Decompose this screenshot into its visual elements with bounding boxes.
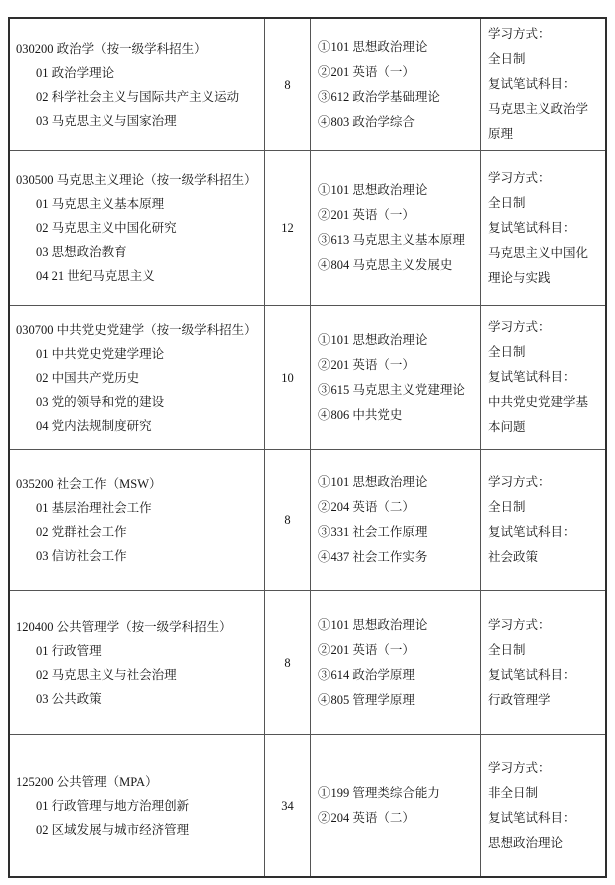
study-mode-line: 复试笔试科目：	[488, 365, 599, 390]
research-direction: 03 信访社会工作	[16, 544, 262, 568]
research-direction: 01 基层治理社会工作	[16, 496, 262, 520]
exam-subject: ①101 思想政治理论	[318, 470, 478, 495]
program-title: 030200 政治学（按一级学科招生）	[16, 37, 262, 61]
enrollment-count: 12	[281, 216, 294, 240]
study-mode-line: 全日制	[488, 191, 599, 216]
study-mode-line: 复试笔试科目：	[488, 216, 599, 241]
research-direction: 03 思想政治教育	[16, 240, 262, 264]
exam-subjects-cell: ①101 思想政治理论②201 英语（一）③614 政治学原理④805 管理学原…	[311, 591, 481, 734]
program-title: 035200 社会工作（MSW）	[16, 472, 262, 496]
study-mode-line: 中共党史党建学基本问题	[488, 390, 599, 440]
study-mode-cell: 学习方式：全日制复试笔试科目：马克思主义政治学原理	[481, 19, 605, 150]
exam-subject: ①101 思想政治理论	[318, 613, 478, 638]
program-title: 125200 公共管理（MPA）	[16, 770, 262, 794]
research-direction: 01 马克思主义基本原理	[16, 192, 262, 216]
study-mode-line: 学习方式：	[488, 315, 599, 340]
enrollment-cell: 12	[265, 151, 311, 305]
study-mode-line: 学习方式：	[488, 756, 599, 781]
exam-subjects-cell: ①199 管理类综合能力②204 英语（二）	[311, 735, 481, 876]
enrollment-count: 10	[281, 366, 294, 390]
exam-subject: ①101 思想政治理论	[318, 328, 478, 353]
study-mode-line: 马克思主义政治学原理	[488, 97, 599, 147]
study-mode-cell: 学习方式：全日制复试笔试科目：行政管理学	[481, 591, 605, 734]
exam-subject: ②201 英语（一）	[318, 203, 478, 228]
enrollment-cell: 8	[265, 591, 311, 734]
admissions-table: 030200 政治学（按一级学科招生） 01 政治学理论02 科学社会主义与国际…	[8, 17, 607, 878]
research-direction: 01 中共党史党建学理论	[16, 342, 262, 366]
exam-subject: ①101 思想政治理论	[318, 35, 478, 60]
exam-subjects-cell: ①101 思想政治理论②204 英语（二）③331 社会工作原理④437 社会工…	[311, 450, 481, 590]
study-mode-cell: 学习方式：非全日制复试笔试科目：思想政治理论	[481, 735, 605, 876]
exam-subject: ④803 政治学综合	[318, 110, 478, 135]
exam-subject: ①199 管理类综合能力	[318, 781, 478, 806]
study-mode-line: 学习方式：	[488, 22, 599, 47]
exam-subject: ③614 政治学原理	[318, 663, 478, 688]
table-row: 035200 社会工作（MSW） 01 基层治理社会工作02 党群社会工作03 …	[10, 450, 605, 591]
research-direction: 03 党的领导和党的建设	[16, 390, 262, 414]
study-mode-cell: 学习方式：全日制复试笔试科目：社会政策	[481, 450, 605, 590]
study-mode-line: 行政管理学	[488, 688, 599, 713]
enrollment-cell: 8	[265, 450, 311, 590]
enrollment-cell: 34	[265, 735, 311, 876]
exam-subject: ④806 中共党史	[318, 403, 478, 428]
exam-subject: ④437 社会工作实务	[318, 545, 478, 570]
research-directions: 01 基层治理社会工作02 党群社会工作03 信访社会工作	[16, 496, 262, 568]
exam-subject: ②201 英语（一）	[318, 60, 478, 85]
exam-subject: ②204 英语（二）	[318, 806, 478, 831]
page: 030200 政治学（按一级学科招生） 01 政治学理论02 科学社会主义与国际…	[0, 0, 615, 885]
research-direction: 04 党内法规制度研究	[16, 414, 262, 438]
study-mode-cell: 学习方式：全日制复试笔试科目：中共党史党建学基本问题	[481, 306, 605, 449]
study-mode-line: 复试笔试科目：	[488, 72, 599, 97]
study-mode-line: 社会政策	[488, 545, 599, 570]
enrollment-count: 34	[281, 794, 294, 818]
exam-subject: ③331 社会工作原理	[318, 520, 478, 545]
study-mode-line: 全日制	[488, 638, 599, 663]
research-direction: 02 区域发展与城市经济管理	[16, 818, 262, 842]
research-directions: 01 行政管理与地方治理创新02 区域发展与城市经济管理	[16, 794, 262, 842]
exam-subject: ③615 马克思主义党建理论	[318, 378, 478, 403]
exam-subject: ①101 思想政治理论	[318, 178, 478, 203]
study-mode-cell: 学习方式：全日制复试笔试科目：马克思主义中国化理论与实践	[481, 151, 605, 305]
program-cell: 030700 中共党史党建学（按一级学科招生） 01 中共党史党建学理论02 中…	[10, 306, 265, 449]
study-mode-line: 全日制	[488, 495, 599, 520]
exam-subject: ③613 马克思主义基本原理	[318, 228, 478, 253]
table-row: 125200 公共管理（MPA） 01 行政管理与地方治理创新02 区域发展与城…	[10, 735, 605, 876]
exam-subjects-cell: ①101 思想政治理论②201 英语（一）③615 马克思主义党建理论④806 …	[311, 306, 481, 449]
research-direction: 02 马克思主义中国化研究	[16, 216, 262, 240]
enrollment-cell: 10	[265, 306, 311, 449]
program-title: 120400 公共管理学（按一级学科招生）	[16, 615, 262, 639]
program-cell: 030200 政治学（按一级学科招生） 01 政治学理论02 科学社会主义与国际…	[10, 19, 265, 150]
study-mode-line: 复试笔试科目：	[488, 663, 599, 688]
program-cell: 030500 马克思主义理论（按一级学科招生） 01 马克思主义基本原理02 马…	[10, 151, 265, 305]
study-mode-line: 思想政治理论	[488, 831, 599, 856]
enrollment-count: 8	[284, 73, 290, 97]
exam-subject: ②204 英语（二）	[318, 495, 478, 520]
study-mode-line: 学习方式：	[488, 166, 599, 191]
exam-subject: ②201 英语（一）	[318, 638, 478, 663]
research-directions: 01 马克思主义基本原理02 马克思主义中国化研究03 思想政治教育04 21 …	[16, 192, 262, 288]
table-row: 030200 政治学（按一级学科招生） 01 政治学理论02 科学社会主义与国际…	[10, 19, 605, 151]
table-row: 030500 马克思主义理论（按一级学科招生） 01 马克思主义基本原理02 马…	[10, 151, 605, 306]
exam-subjects-cell: ①101 思想政治理论②201 英语（一）③613 马克思主义基本原理④804 …	[311, 151, 481, 305]
exam-subject: ④805 管理学原理	[318, 688, 478, 713]
program-cell: 125200 公共管理（MPA） 01 行政管理与地方治理创新02 区域发展与城…	[10, 735, 265, 876]
research-direction: 03 马克思主义与国家治理	[16, 109, 262, 133]
research-directions: 01 中共党史党建学理论02 中国共产党历史03 党的领导和党的建设04 党内法…	[16, 342, 262, 438]
exam-subjects-cell: ①101 思想政治理论②201 英语（一）③612 政治学基础理论④803 政治…	[311, 19, 481, 150]
research-direction: 02 马克思主义与社会治理	[16, 663, 262, 687]
research-direction: 02 党群社会工作	[16, 520, 262, 544]
research-direction: 01 政治学理论	[16, 61, 262, 85]
study-mode-line: 全日制	[488, 340, 599, 365]
program-cell: 120400 公共管理学（按一级学科招生） 01 行政管理02 马克思主义与社会…	[10, 591, 265, 734]
research-directions: 01 行政管理02 马克思主义与社会治理03 公共政策	[16, 639, 262, 711]
study-mode-line: 学习方式：	[488, 613, 599, 638]
research-direction: 02 科学社会主义与国际共产主义运动	[16, 85, 262, 109]
study-mode-line: 复试笔试科目：	[488, 520, 599, 545]
exam-subject: ④804 马克思主义发展史	[318, 253, 478, 278]
enrollment-cell: 8	[265, 19, 311, 150]
enrollment-count: 8	[284, 651, 290, 675]
research-direction: 01 行政管理	[16, 639, 262, 663]
research-direction: 02 中国共产党历史	[16, 366, 262, 390]
study-mode-line: 马克思主义中国化理论与实践	[488, 241, 599, 291]
research-directions: 01 政治学理论02 科学社会主义与国际共产主义运动03 马克思主义与国家治理	[16, 61, 262, 133]
program-title: 030700 中共党史党建学（按一级学科招生）	[16, 318, 262, 342]
enrollment-count: 8	[284, 508, 290, 532]
study-mode-line: 复试笔试科目：	[488, 806, 599, 831]
table-row: 120400 公共管理学（按一级学科招生） 01 行政管理02 马克思主义与社会…	[10, 591, 605, 735]
research-direction: 03 公共政策	[16, 687, 262, 711]
program-cell: 035200 社会工作（MSW） 01 基层治理社会工作02 党群社会工作03 …	[10, 450, 265, 590]
exam-subject: ③612 政治学基础理论	[318, 85, 478, 110]
exam-subject: ②201 英语（一）	[318, 353, 478, 378]
research-direction: 01 行政管理与地方治理创新	[16, 794, 262, 818]
program-title: 030500 马克思主义理论（按一级学科招生）	[16, 168, 262, 192]
study-mode-line: 非全日制	[488, 781, 599, 806]
research-direction: 04 21 世纪马克思主义	[16, 264, 262, 288]
study-mode-line: 学习方式：	[488, 470, 599, 495]
table-row: 030700 中共党史党建学（按一级学科招生） 01 中共党史党建学理论02 中…	[10, 306, 605, 450]
study-mode-line: 全日制	[488, 47, 599, 72]
